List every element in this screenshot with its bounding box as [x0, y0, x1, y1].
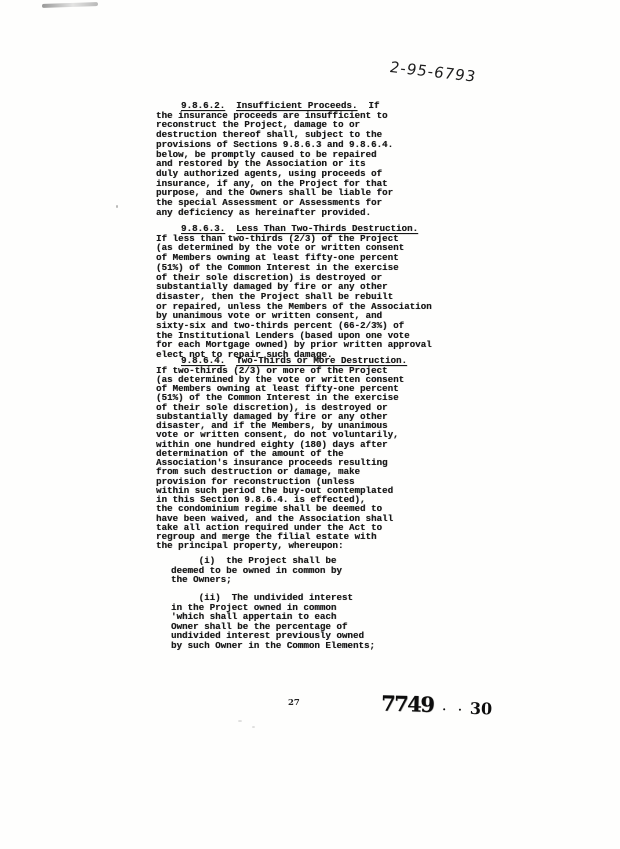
stamp-dots: . .: [442, 700, 466, 714]
stamp-suffix: 30: [470, 699, 493, 719]
ink-speck: [238, 720, 242, 722]
recorder-stamp: 7749. .30: [381, 691, 493, 719]
ink-speck: [116, 205, 118, 208]
section-body-text: the insurance proceeds are insufficient …: [156, 111, 456, 218]
page-number: 27: [288, 698, 300, 708]
section-body-text: If less than two-thirds (2/3) of the Pro…: [156, 234, 456, 360]
subitem-i: (i) the Project shall be deemed to be ow…: [171, 556, 342, 585]
subitem-ii: (ii) The undivided interest in the Proje…: [171, 593, 375, 651]
scanned-document-page: 2-95-6793 9.8.6.2.Insufficient Proceeds.…: [0, 0, 620, 849]
handwritten-docket-number: 2-95-6793: [388, 58, 478, 85]
section-9-8-6-4: 9.8.6.4.Two-Thirds or More Destruction. …: [156, 356, 456, 551]
section-9-8-6-3: 9.8.6.3.Less Than Two-Thirds Destruction…: [156, 224, 456, 360]
section-body-text: If two-thirds (2/3) or more of the Proje…: [156, 366, 456, 551]
scan-smudge-artifact: [42, 2, 98, 8]
section-9-8-6-2: 9.8.6.2.Insufficient Proceeds.If the ins…: [156, 101, 456, 217]
ink-speck: [252, 726, 255, 728]
stamp-number: 7749: [381, 691, 434, 717]
